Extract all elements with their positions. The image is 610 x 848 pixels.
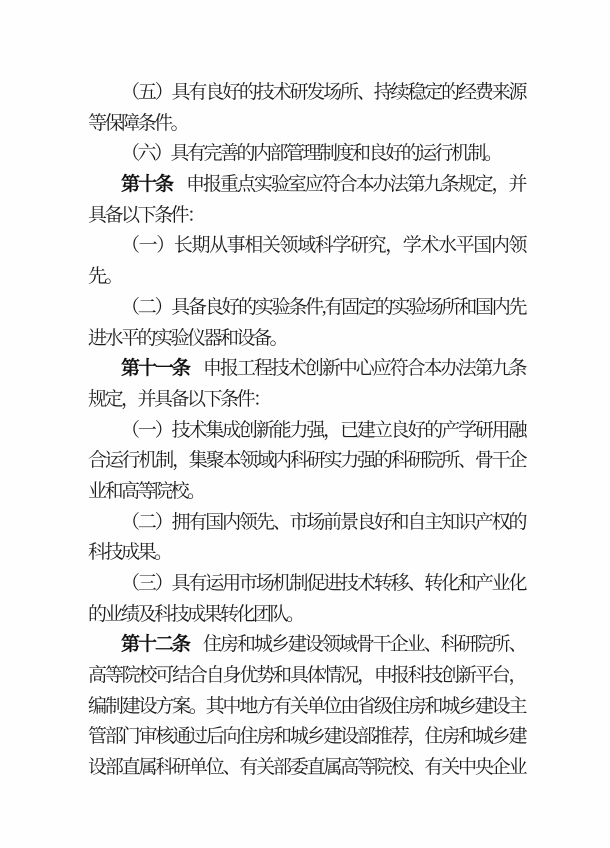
line-text: 高等院校可结合自身优势和具体情况，申报科技创新平台， bbox=[88, 665, 525, 686]
article-number: 第十二条 bbox=[121, 634, 189, 655]
line-text: 编制建设方案。其中地方有关单位由省级住房和城乡建设主 bbox=[88, 696, 525, 717]
line-text: 等保障条件。 bbox=[88, 113, 187, 134]
document-page: （五）具有良好的技术研发场所、持续稳定的经费来源 等保障条件。 （六）具有完善的… bbox=[0, 0, 610, 848]
text-line: 合运行机制，集聚本领域内科研实力强的科研院所、骨干企 bbox=[88, 446, 525, 477]
line-text: 的业绩及科技成果转化团队。 bbox=[88, 604, 303, 625]
line-text: （一）长期从事相关领域科学研究，学术水平国内领 bbox=[121, 235, 525, 256]
text-line: 具备以下条件： bbox=[88, 201, 525, 232]
text-line: （一）长期从事相关领域科学研究，学术水平国内领 bbox=[88, 231, 525, 262]
text-line: （一）技术集成创新能力强，已建立良好的产学研用融 bbox=[88, 416, 525, 447]
text-line: （三）具有运用市场机制促进技术转移、转化和产业化 bbox=[88, 569, 525, 600]
line-text: 设部直属科研单位、有关部委直属高等院校、有关中央企业 bbox=[88, 757, 525, 778]
line-text: 合运行机制，集聚本领域内科研实力强的科研院所、骨干企 bbox=[88, 450, 525, 471]
line-text: 申报重点实验室应符合本办法第九条规定，并 bbox=[186, 174, 525, 195]
line-text: （二）具备良好的实验条件,有固定的实验场所和国内先 bbox=[121, 297, 525, 318]
line-text: （三）具有运用市场机制促进技术转移、转化和产业化 bbox=[121, 573, 525, 594]
article-number: 第十一条 bbox=[121, 358, 189, 379]
text-line: 管部门审核通过后向住房和城乡建设部推荐，住房和城乡建 bbox=[88, 722, 525, 753]
line-text: （一）技术集成创新能力强，已建立良好的产学研用融 bbox=[121, 420, 525, 441]
line-text: （五）具有良好的技术研发场所、持续稳定的经费来源 bbox=[121, 82, 525, 103]
text-line: 业和高等院校。 bbox=[88, 477, 525, 508]
document-text-block: （五）具有良好的技术研发场所、持续稳定的经费来源 等保障条件。 （六）具有完善的… bbox=[88, 78, 525, 784]
text-line: （二）具备良好的实验条件,有固定的实验场所和国内先 bbox=[88, 293, 525, 324]
line-text: 管部门审核通过后向住房和城乡建设部推荐，住房和城乡建 bbox=[88, 726, 525, 747]
text-line: 第十条申报重点实验室应符合本办法第九条规定，并 bbox=[88, 170, 525, 201]
line-text: 住房和城乡建设领域骨干企业、科研院所、 bbox=[203, 634, 525, 655]
line-text: 科技成果。 bbox=[88, 542, 171, 563]
line-text: 规定，并具备以下条件： bbox=[88, 389, 270, 410]
line-text: （六）具有完善的内部管理制度和良好的运行机制。 bbox=[121, 143, 501, 164]
text-line: （二）拥有国内领先、市场前景良好和自主知识产权的 bbox=[88, 508, 525, 539]
text-line: 的业绩及科技成果转化团队。 bbox=[88, 600, 525, 631]
text-line: （六）具有完善的内部管理制度和良好的运行机制。 bbox=[88, 139, 525, 170]
text-line: 第十二条住房和城乡建设领域骨干企业、科研院所、 bbox=[88, 630, 525, 661]
text-line: 科技成果。 bbox=[88, 538, 525, 569]
text-line: 编制建设方案。其中地方有关单位由省级住房和城乡建设主 bbox=[88, 692, 525, 723]
line-text: （二）拥有国内领先、市场前景良好和自主知识产权的 bbox=[121, 512, 525, 533]
line-text: 进水平的实验仪器和设备。 bbox=[88, 328, 286, 349]
text-line: 第十一条申报工程技术创新中心应符合本办法第九条 bbox=[88, 354, 525, 385]
text-line: （五）具有良好的技术研发场所、持续稳定的经费来源 bbox=[88, 78, 525, 109]
line-text: 先。 bbox=[88, 266, 121, 287]
text-line: 设部直属科研单位、有关部委直属高等院校、有关中央企业 bbox=[88, 753, 525, 784]
line-text: 申报工程技术创新中心应符合本办法第九条 bbox=[203, 358, 525, 379]
line-text: 具备以下条件： bbox=[88, 205, 204, 226]
text-line: 先。 bbox=[88, 262, 525, 293]
article-number: 第十条 bbox=[121, 174, 172, 195]
line-text: 业和高等院校。 bbox=[88, 481, 204, 502]
text-line: 等保障条件。 bbox=[88, 109, 525, 140]
text-line: 规定，并具备以下条件： bbox=[88, 385, 525, 416]
text-line: 高等院校可结合自身优势和具体情况，申报科技创新平台， bbox=[88, 661, 525, 692]
text-line: 进水平的实验仪器和设备。 bbox=[88, 324, 525, 355]
